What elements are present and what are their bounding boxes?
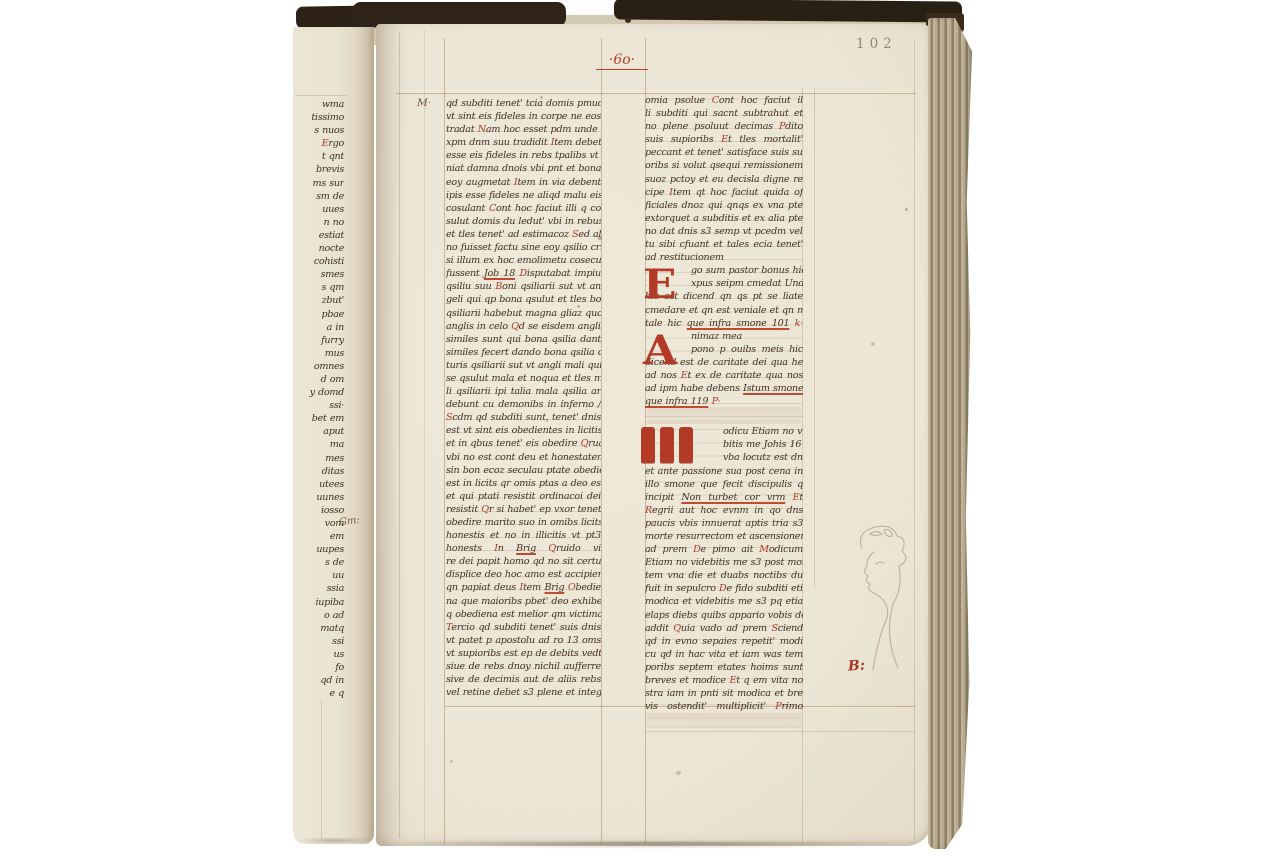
- stain-speck: [598, 236, 602, 240]
- ruling-line: [914, 40, 915, 840]
- gutter-fold-line: [424, 30, 425, 840]
- initial-E: E: [643, 267, 677, 304]
- book-shadow: [299, 839, 371, 844]
- stain-speck: [905, 208, 908, 211]
- book-shadow: [378, 842, 926, 848]
- stain-speck: [676, 771, 681, 775]
- margin-letter: M·: [417, 97, 431, 109]
- stain-speck: [540, 96, 543, 99]
- manuscript-photo: ·6o· 102 M· Gm: B: wmatissimos nuosErgot…: [0, 0, 1280, 860]
- stain-speck: [577, 305, 580, 308]
- ruling-line: [814, 88, 815, 588]
- column-2-text: omia psolue Cont hoc faciut illi subditi…: [645, 94, 803, 713]
- binding-cover-top: [614, 0, 962, 23]
- stain-speck: [871, 342, 875, 346]
- stain-speck: [625, 18, 631, 23]
- ruling-line: [321, 700, 322, 838]
- ruling-line: [601, 38, 602, 844]
- left-page-line-fragments: wmatissimos nuosErgot qntbrevisms sursm …: [294, 98, 344, 700]
- folio-number: 102: [856, 36, 897, 52]
- column-1-text: qd subditi tenet' tcia domis pmudvt sint…: [446, 97, 601, 699]
- ink-show-through: [647, 713, 801, 728]
- running-header: ·6o·: [596, 52, 648, 70]
- initial-M: [641, 427, 715, 464]
- fore-edge-page-stack: [928, 18, 972, 849]
- stain-speck: [450, 760, 453, 763]
- initial-A: A: [643, 332, 677, 369]
- ruling-line: [444, 38, 445, 844]
- marginal-face-sketch: [840, 518, 916, 678]
- gutter-fold-line: [399, 32, 400, 838]
- ruling-line: [295, 95, 347, 96]
- ruling-line: [645, 731, 915, 732]
